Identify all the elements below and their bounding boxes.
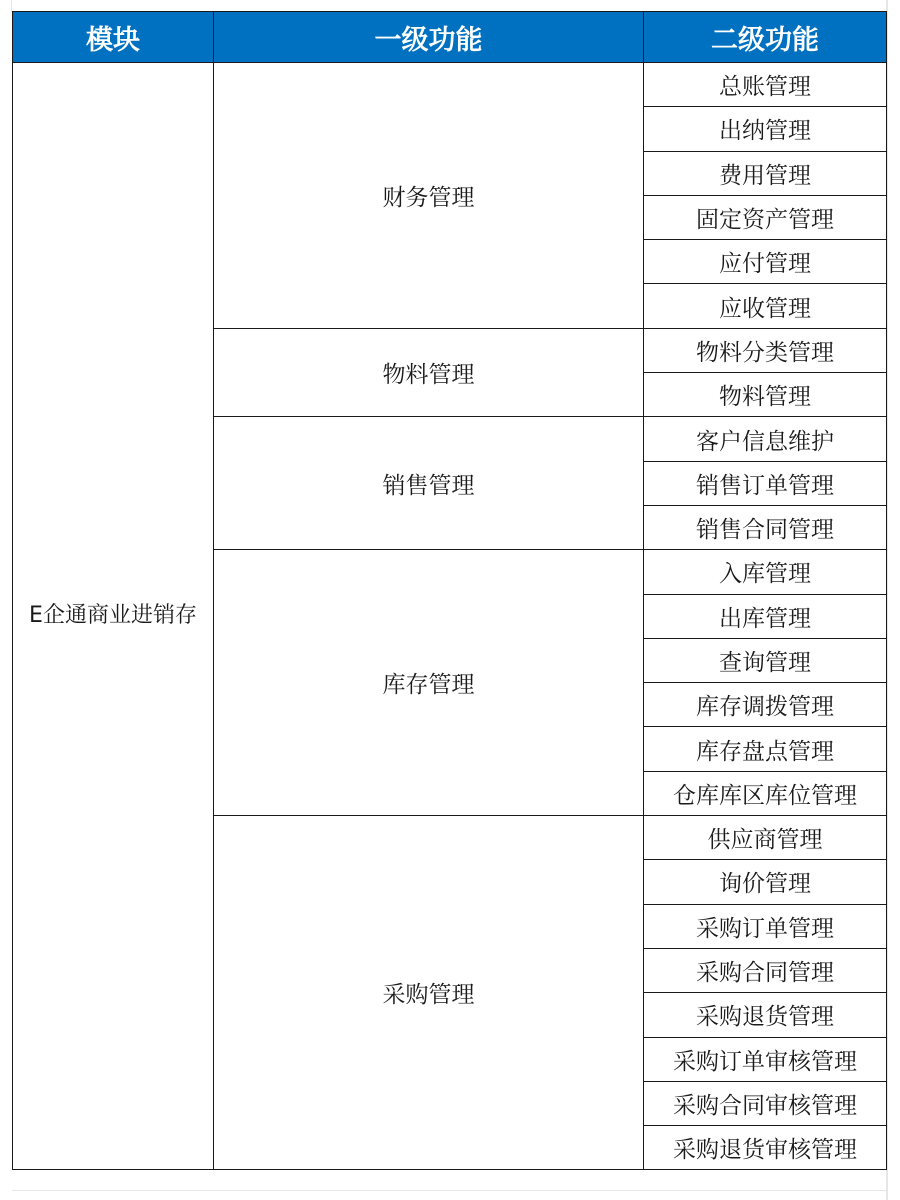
level2-cell: 仓库库区库位管理 — [644, 771, 887, 815]
header-level2: 二级功能 — [644, 12, 887, 63]
page-frame-bottom — [12, 1190, 886, 1191]
level2-cell: 固定资产管理 — [644, 195, 887, 239]
level1-cell: 物料管理 — [214, 328, 644, 417]
module-cell: E企通商业进销存 — [13, 63, 214, 1170]
level2-cell: 出纳管理 — [644, 107, 887, 151]
table-row: E企通商业进销存 财务管理 总账管理 — [13, 63, 887, 107]
level2-cell: 入库管理 — [644, 550, 887, 594]
level2-cell: 总账管理 — [644, 63, 887, 107]
header-row: 模块 一级功能 二级功能 — [13, 12, 887, 63]
level2-cell: 费用管理 — [644, 151, 887, 195]
level1-cell: 采购管理 — [214, 816, 644, 1170]
level1-cell: 库存管理 — [214, 550, 644, 816]
level2-cell: 询价管理 — [644, 860, 887, 904]
level2-cell: 查询管理 — [644, 638, 887, 682]
level2-cell: 出库管理 — [644, 594, 887, 638]
level2-cell: 供应商管理 — [644, 816, 887, 860]
level2-cell: 销售合同管理 — [644, 505, 887, 549]
level1-cell: 财务管理 — [214, 63, 644, 329]
level2-cell: 库存调拨管理 — [644, 683, 887, 727]
level2-cell: 库存盘点管理 — [644, 727, 887, 771]
level2-cell: 采购合同管理 — [644, 948, 887, 992]
level2-cell: 物料分类管理 — [644, 328, 887, 372]
level2-cell: 应付管理 — [644, 240, 887, 284]
level2-cell: 采购订单管理 — [644, 904, 887, 948]
header-module: 模块 — [13, 12, 214, 63]
level2-cell: 采购合同审核管理 — [644, 1081, 887, 1125]
level2-cell: 物料管理 — [644, 373, 887, 417]
header-level1: 一级功能 — [214, 12, 644, 63]
level2-cell: 采购退货审核管理 — [644, 1126, 887, 1170]
level1-cell: 销售管理 — [214, 417, 644, 550]
level2-cell: 采购订单审核管理 — [644, 1037, 887, 1081]
level2-cell: 销售订单管理 — [644, 461, 887, 505]
function-module-table: 模块 一级功能 二级功能 E企通商业进销存 财务管理 总账管理 出纳管理 费用管… — [12, 11, 887, 1170]
level2-cell: 客户信息维护 — [644, 417, 887, 461]
level2-cell: 采购退货管理 — [644, 993, 887, 1037]
level2-cell: 应收管理 — [644, 284, 887, 328]
